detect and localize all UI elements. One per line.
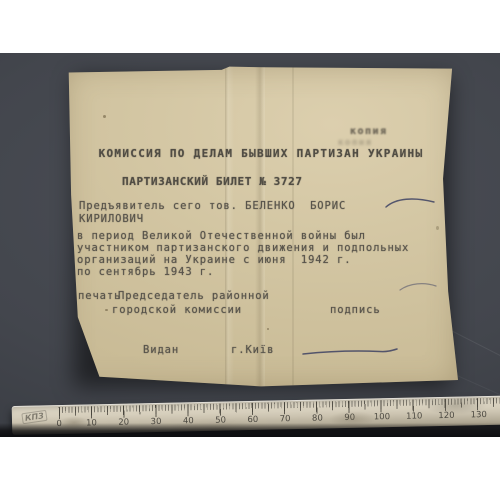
photo-area: копия копия КОМИССИЯ ПО ДЕЛАМ БЫВШИХ ПАР… <box>0 53 500 437</box>
seal-label: печать <box>78 290 121 302</box>
service-text-line4: по сентябрь 1943 г. <box>77 266 214 278</box>
ruler-number: 120 <box>430 411 462 422</box>
service-text-line1: в период Великой Отечественной войны был <box>77 230 366 242</box>
pen-mark-icon <box>398 280 438 294</box>
ruler-number: 90 <box>333 413 365 424</box>
ruler-number: 100 <box>366 412 398 423</box>
signature-label: подпись <box>330 304 381 316</box>
holder-name-line2: КИРИЛОВИЧ <box>79 213 144 225</box>
issued-label: Видан <box>143 344 179 356</box>
fold-crease <box>292 66 294 388</box>
fold-crease <box>225 66 265 388</box>
pen-mark-icon <box>384 194 438 212</box>
photo-bottom-shadow <box>0 423 500 437</box>
paper-stain <box>103 115 106 118</box>
chairman-title-line1: Председатель районной <box>118 290 270 302</box>
service-text-line2: участником партизанского движения и подп… <box>77 242 409 254</box>
chairman-title-line2: городской комиссии <box>112 304 242 316</box>
ruler-number: 110 <box>398 411 430 422</box>
holder-name-line1: Предъявитель сего тов. БЕЛЕНКО БОРИС <box>79 200 346 212</box>
paper-stain <box>436 226 439 230</box>
ticket-title: ПАРТИЗАНСКИЙ БИЛЕТ № 3727 <box>122 176 303 188</box>
ruler-number: 130 <box>463 410 495 421</box>
commission-title: КОМИССИЯ ПО ДЕЛАМ БЫВШИХ ПАРТИЗАН УКРАИН… <box>76 148 446 160</box>
document-paper: копия копия КОМИССИЯ ПО ДЕЛАМ БЫВШИХ ПАР… <box>64 66 458 388</box>
paper-stain <box>105 309 108 311</box>
service-text-line3: организаций на Украине с июня 1942 г. <box>77 254 351 266</box>
pen-signature-line <box>302 346 400 358</box>
issued-city: г.Київ <box>231 344 274 356</box>
paper-stain <box>267 328 269 330</box>
